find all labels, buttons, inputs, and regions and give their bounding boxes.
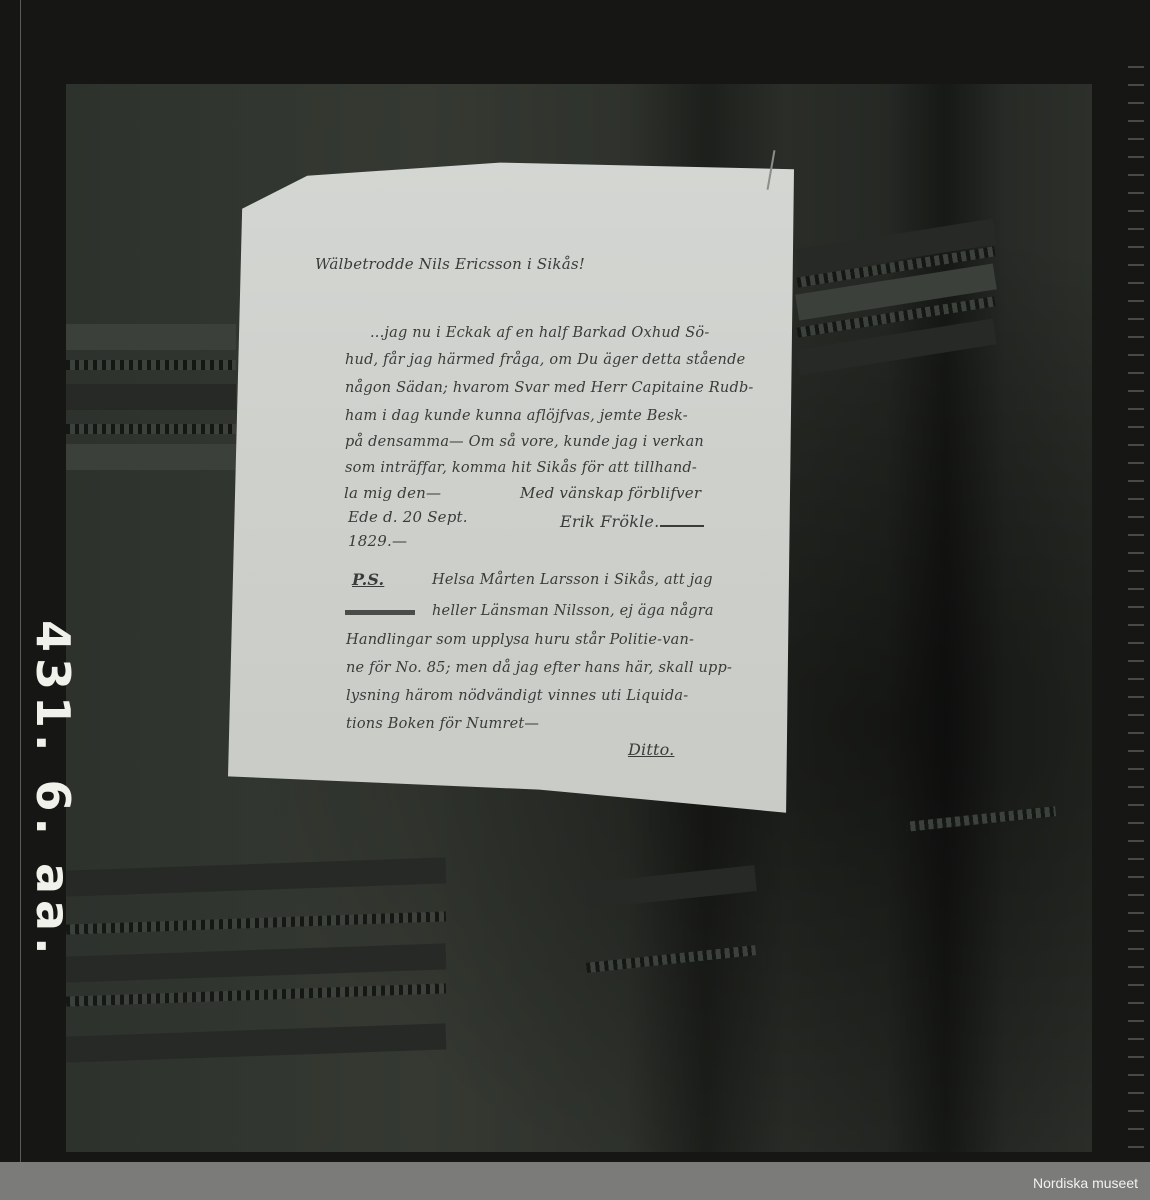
letter-place-date: Ede d. 20 Sept. xyxy=(348,508,468,526)
letter-year: 1829.— xyxy=(348,532,407,550)
watermark-bar xyxy=(0,1162,1150,1200)
catalog-number: 431. 6. aa. xyxy=(26,620,80,961)
fabric-openwork xyxy=(66,424,236,434)
postscript-line: Helsa Mårten Larsson i Sikås, att jag xyxy=(432,572,713,588)
postscript-line: lysning härom nödvändigt vinnes uti Liqu… xyxy=(346,688,688,704)
fabric-stripe xyxy=(66,444,236,470)
museum-watermark: Nordiska museet xyxy=(1033,1175,1138,1191)
fabric-openwork xyxy=(66,983,446,1006)
signature-flourish xyxy=(660,525,704,527)
letter-closing-left: la mig den— xyxy=(344,484,441,502)
letter-body-line: ham i dag kunde kunna aflöjfvas, jemte B… xyxy=(345,408,688,424)
letter-closing: Med vänskap förblifver xyxy=(520,484,701,502)
letter-body-line: hud, får jag härmed fråga, om Du äger de… xyxy=(345,352,745,368)
fabric-stripe xyxy=(66,943,446,982)
postscript-signature: Ditto. xyxy=(628,740,674,759)
postscript-line: heller Länsman Nilsson, ej äga några xyxy=(432,603,714,619)
fabric-stripe xyxy=(66,857,446,896)
letter-salutation: Wälbetrodde Nils Ericsson i Sikås! xyxy=(315,255,585,273)
struck-out-word xyxy=(345,610,415,615)
letter-body-line: ...jag nu i Eckak af en half Barkad Oxhu… xyxy=(370,325,709,341)
letter-signature: Erik Frökle. xyxy=(560,512,659,531)
letter-body-line: någon Sädan; hvarom Svar med Herr Capita… xyxy=(345,380,754,396)
fabric-stripe xyxy=(66,1023,446,1062)
postscript-label: P.S. xyxy=(352,570,384,589)
film-edge-line xyxy=(20,0,21,1200)
fabric-stripe xyxy=(66,324,236,350)
postscript-line: Handlingar som upplysa huru står Politie… xyxy=(346,632,694,648)
fabric-stripe xyxy=(66,384,236,410)
letter-body-line: på densamma— Om så vore, kunde jag i ver… xyxy=(345,434,704,450)
postscript-line: tions Boken för Numret— xyxy=(346,716,539,732)
film-sprocket-edge xyxy=(1128,50,1144,1150)
letter-body-line: som inträffar, komma hit Sikås för att t… xyxy=(345,460,697,476)
fabric-openwork xyxy=(66,911,446,934)
fabric-openwork xyxy=(66,360,236,370)
postscript-line: ne för No. 85; men då jag efter hans här… xyxy=(346,660,732,676)
